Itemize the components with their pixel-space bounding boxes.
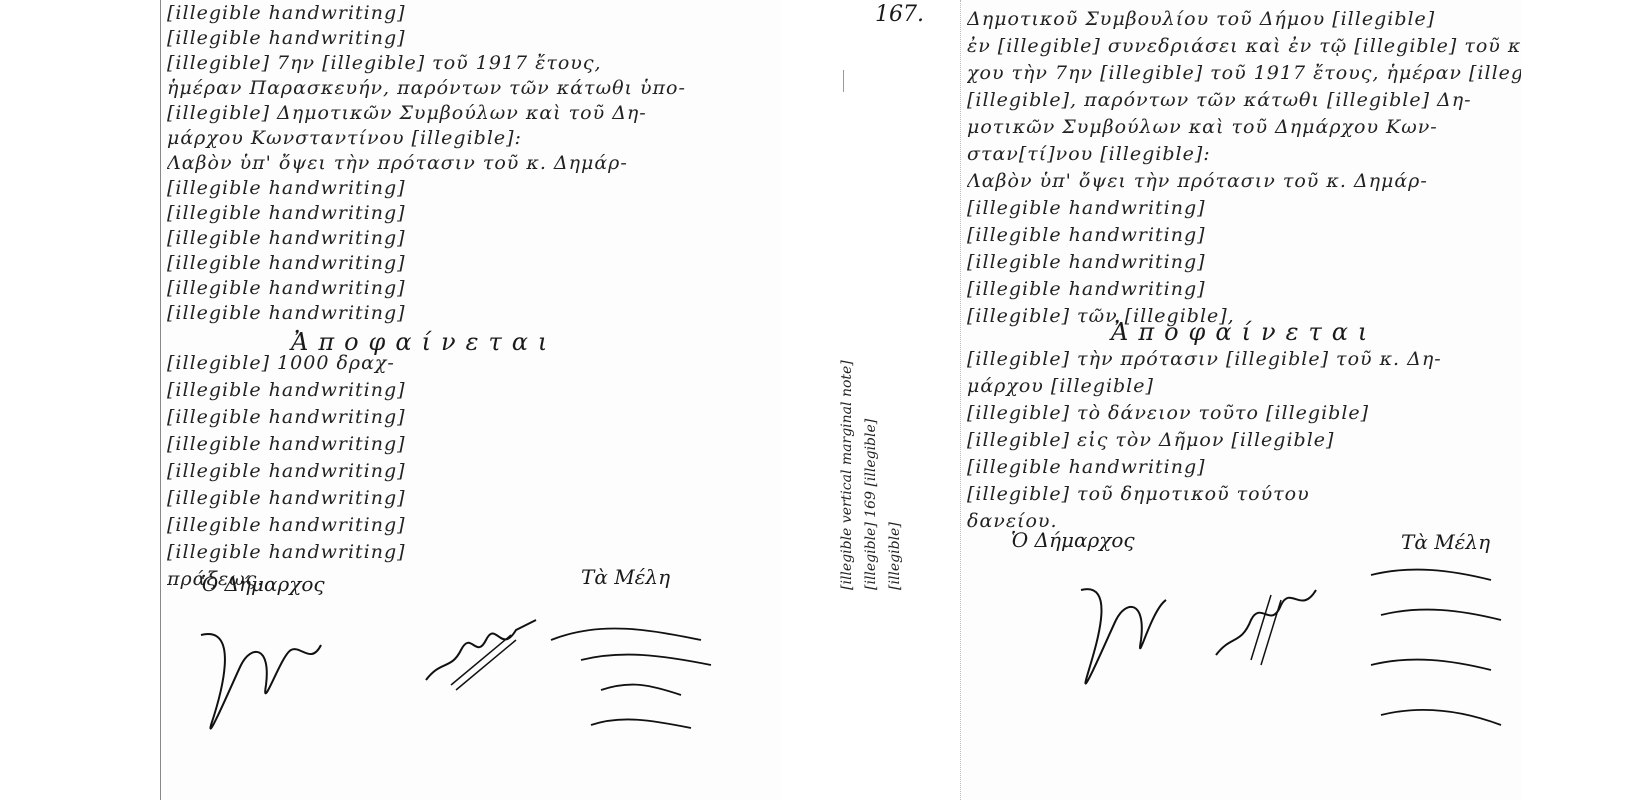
signature-mayor-right — [1051, 560, 1191, 710]
handwritten-line: Δημοτικοῦ Συμβουλίου τοῦ Δήμου [illegibl… — [967, 8, 1521, 38]
signature-mayor-left — [181, 605, 331, 755]
signature-member-1-right — [1211, 565, 1321, 675]
right-closing-mayor: Ὁ Δήμαρχος — [1011, 528, 1135, 552]
left-closing-mayor: Ὁ Δήμαρχος — [201, 572, 325, 596]
handwritten-line: [illegible handwriting] — [167, 460, 781, 490]
signature-member-2-left — [541, 600, 721, 740]
handwritten-line: χου τὴν 7ην [illegible] τοῦ 1917 ἔτους, … — [967, 62, 1521, 92]
margin-tick — [843, 70, 844, 92]
handwritten-line: [illegible] τὸ δάνειον τοῦτο [illegible] — [967, 402, 1521, 432]
handwritten-line: Λαβὸν ὑπ' ὄψει τὴν πρότασιν τοῦ κ. Δημάρ… — [967, 170, 1521, 200]
handwritten-line: [illegible] τοῦ δημοτικοῦ τούτου — [967, 483, 1521, 513]
handwritten-line: [illegible handwriting] — [967, 224, 1521, 254]
handwritten-line: [illegible] τὴν πρότασιν [illegible] τοῦ… — [967, 348, 1521, 378]
handwritten-line: μοτικῶν Συμβούλων καὶ τοῦ Δημάρχου Κων- — [967, 116, 1521, 146]
margin-note-line: [illegible] — [883, 330, 907, 590]
handwritten-line: [illegible handwriting] — [967, 278, 1521, 308]
handwritten-line: [illegible handwriting] — [967, 456, 1521, 486]
handwritten-line: μάρχου [illegible] — [967, 375, 1521, 405]
handwritten-line: [illegible handwriting] — [167, 433, 781, 463]
left-page: [illegible handwriting][illegible handwr… — [160, 0, 781, 800]
handwritten-line: [illegible] 1000 δραχ- — [167, 352, 781, 382]
handwritten-line: σταν[τί]νου [illegible]: — [967, 143, 1521, 173]
left-closing-members: Τὰ Μέλη — [581, 565, 670, 589]
handwritten-line: [illegible handwriting] — [167, 514, 781, 544]
handwritten-line: [illegible handwriting] — [167, 406, 781, 436]
margin-note-line: [illegible] 169 [illegible] — [859, 330, 883, 590]
right-heading: Ἀποφαίνεται — [1111, 318, 1377, 346]
handwritten-line: [illegible handwriting] — [167, 379, 781, 409]
handwritten-line: [illegible handwriting] — [967, 251, 1521, 281]
handwritten-line: [illegible handwriting] — [167, 487, 781, 517]
handwritten-line: ἐν [illegible] συνεδριάσει καὶ ἐν τῷ [il… — [967, 35, 1521, 65]
margin-note: [illegible vertical marginal note] [ille… — [835, 330, 935, 590]
right-closing-members: Τὰ Μέλη — [1401, 530, 1490, 554]
right-page: Δημοτικοῦ Συμβουλίου τοῦ Δήμου [illegibl… — [960, 0, 1521, 800]
handwritten-line: [illegible] εἰς τὸν Δῆμον [illegible] — [967, 429, 1521, 459]
margin-note-line: [illegible vertical marginal note] — [835, 330, 859, 590]
handwritten-line: [illegible handwriting] — [967, 197, 1521, 227]
signature-member-2-right — [1351, 555, 1511, 755]
signature-member-1-left — [421, 600, 541, 700]
page-number: 167. — [875, 2, 924, 27]
handwritten-line: [illegible], παρόντων τῶν κάτωθι [illegi… — [967, 89, 1521, 119]
handwritten-line: [illegible handwriting] — [167, 541, 781, 571]
